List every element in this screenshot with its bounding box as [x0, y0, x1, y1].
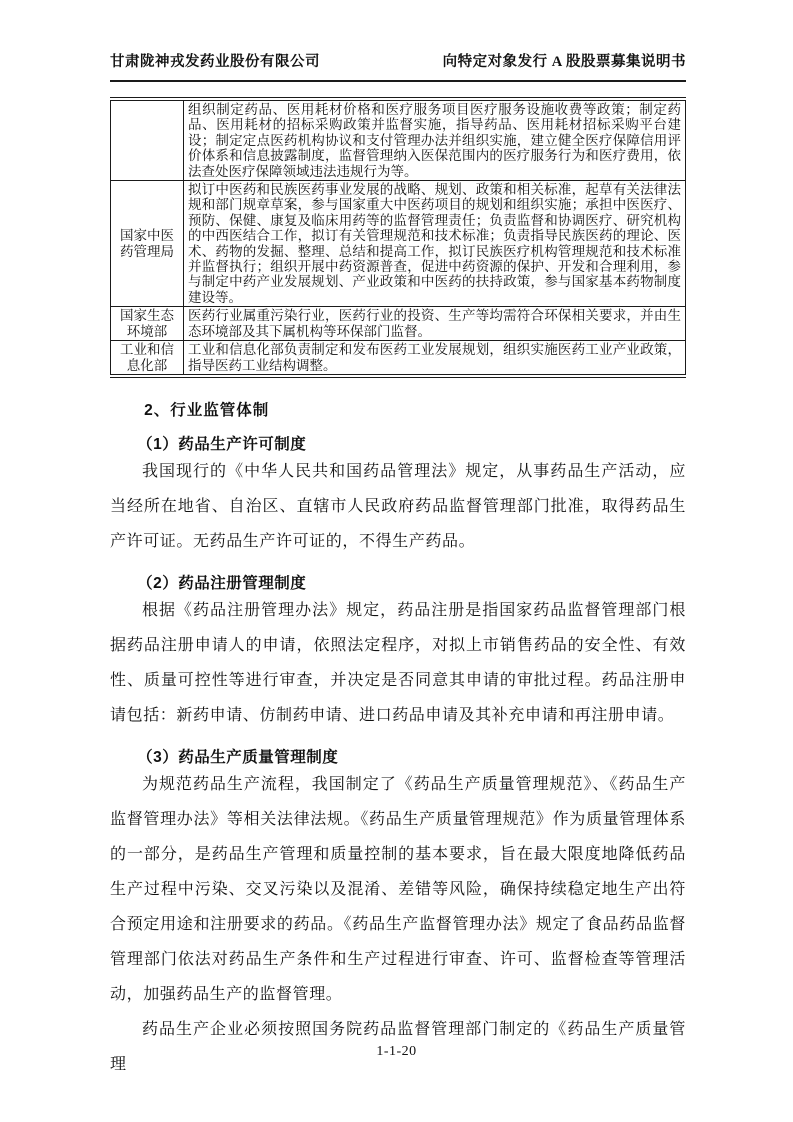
page-content: 甘肃陇神戎发药业股份有限公司 向特定对象发行 A 股股票募集说明书 组织制定药品… [110, 50, 686, 1082]
page-header: 甘肃陇神戎发药业股份有限公司 向特定对象发行 A 股股票募集说明书 [110, 50, 686, 82]
paragraph: 根据《药品注册管理办法》规定，药品注册是指国家药品监督管理部门根据药品注册申请人… [110, 593, 686, 733]
paragraph: 我国现行的《中华人民共和国药品管理法》规定，从事药品生产活动，应当经所在地省、自… [110, 454, 686, 559]
table-row: 国家生态环境部 医药行业属重污染行业，医药行业的投资、生产等均需符合环保相关要求… [111, 307, 686, 341]
table-row: 工业和信息化部 工业和信息化部负责制定和发布医药工业发展规划，组织实施医药工业产… [111, 341, 686, 376]
regulator-duty-cell: 组织制定药品、医用耗材价格和医疗服务项目医疗服务设施收费等政策；制定药品、医用耗… [184, 99, 686, 181]
paragraph: 为规范药品生产流程，我国制定了《药品生产质量管理规范》、《药品生产监督管理办法》… [110, 767, 686, 1012]
header-company-name: 甘肃陇神戎发药业股份有限公司 [110, 50, 320, 71]
page-number: 1-1-20 [0, 1044, 793, 1060]
regulator-name-cell: 国家中医药管理局 [111, 181, 184, 307]
header-doc-title: 向特定对象发行 A 股股票募集说明书 [443, 50, 686, 71]
regulator-name-cell: 国家生态环境部 [111, 307, 184, 341]
regulator-duty-cell: 拟订中医药和民族医药事业发展的战略、规划、政策和相关标准，起草有关法律法规和部门… [184, 181, 686, 307]
regulators-table: 组织制定药品、医用耗材价格和医疗服务项目医疗服务设施收费等政策；制定药品、医用耗… [110, 97, 686, 378]
regulator-name-cell [111, 99, 184, 181]
regulator-duty-cell: 医药行业属重污染行业，医药行业的投资、生产等均需符合环保相关要求，并由生态环境部… [184, 307, 686, 341]
subsection-heading-2: （2）药品注册管理制度 [110, 571, 686, 593]
table-row: 组织制定药品、医用耗材价格和医疗服务项目医疗服务设施收费等政策；制定药品、医用耗… [111, 99, 686, 181]
section-heading: 2、行业监管体制 [110, 398, 686, 420]
regulator-duty-cell: 工业和信息化部负责制定和发布医药工业发展规划，组织实施医药工业产业政策，指导医药… [184, 341, 686, 376]
table-row: 国家中医药管理局 拟订中医药和民族医药事业发展的战略、规划、政策和相关标准，起草… [111, 181, 686, 307]
document-page: 甘肃陇神戎发药业股份有限公司 向特定对象发行 A 股股票募集说明书 组织制定药品… [0, 0, 793, 1122]
subsection-heading-3: （3）药品生产质量管理制度 [110, 745, 686, 767]
regulator-name-cell: 工业和信息化部 [111, 341, 184, 376]
subsection-heading-1: （1）药品生产许可制度 [110, 432, 686, 454]
